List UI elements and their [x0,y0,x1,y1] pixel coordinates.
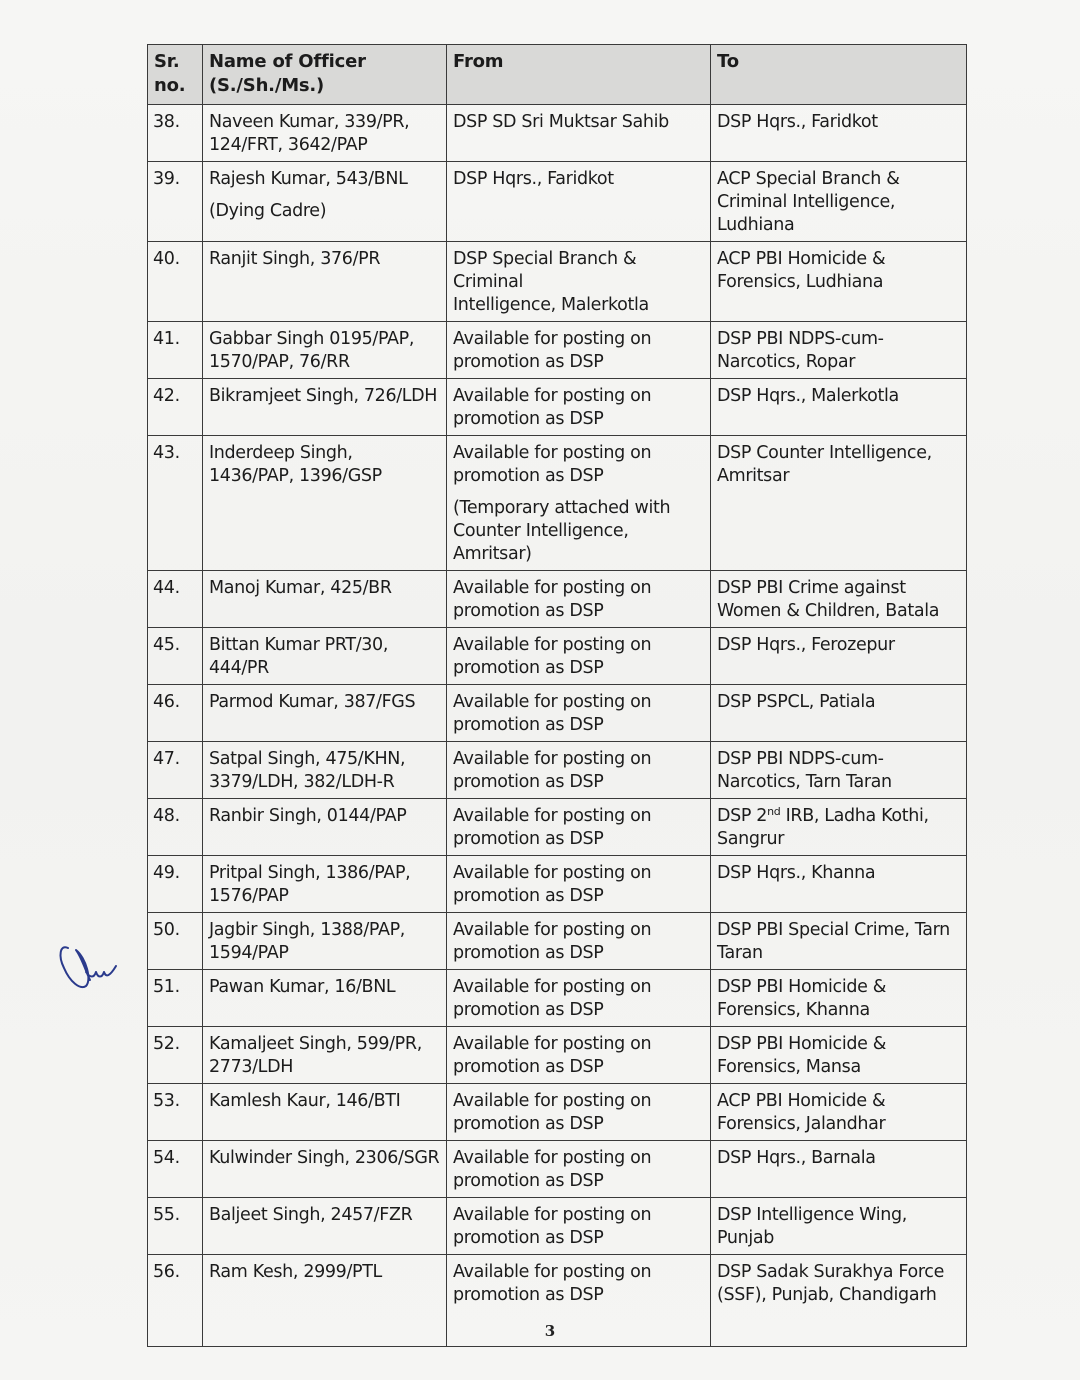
cell-sr-no: 48. [148,799,203,856]
from-note-line: Amritsar) [453,543,704,566]
officer-name-line: Ram Kesh, 2999/PTL [209,1261,440,1284]
cell-sr-no: 52. [148,1027,203,1084]
handwritten-signature-icon [56,938,126,998]
to-line: Taran [717,942,960,965]
officer-name-line: 1436/PAP, 1396/GSP [209,465,440,488]
officer-name-line: Bittan Kumar PRT/30, [209,634,440,657]
from-line: Intelligence, Malerkotla [453,294,704,317]
cell-to: DSP PBI NDPS-cum-Narcotics, Tarn Taran [711,742,967,799]
officer-name-line: Bikramjeet Singh, 726/LDH [209,385,440,408]
cell-from: Available for posting onpromotion as DSP [447,799,711,856]
cell-sr-no: 50. [148,913,203,970]
table-row: 39.Rajesh Kumar, 543/BNL(Dying Cadre)DSP… [148,162,967,242]
table-row: 47.Satpal Singh, 475/KHN,3379/LDH, 382/L… [148,742,967,799]
column-header-name-of-officer: Name of Officer (S./Sh./Ms.) [203,45,447,105]
officer-name-line: Ranjit Singh, 376/PR [209,248,440,271]
officer-name-line: 3379/LDH, 382/LDH-R [209,771,440,794]
cell-to: DSP Hqrs., Faridkot [711,105,967,162]
table-row: 53.Kamlesh Kaur, 146/BTIAvailable for po… [148,1084,967,1141]
officer-name-line: Manoj Kumar, 425/BR [209,577,440,600]
cell-to: DSP Counter Intelligence,Amritsar [711,436,967,571]
from-line: promotion as DSP [453,465,704,488]
table-row: 38.Naveen Kumar, 339/PR,124/FRT, 3642/PA… [148,105,967,162]
to-line: Forensics, Mansa [717,1056,960,1079]
from-line: promotion as DSP [453,1056,704,1079]
to-line: Women & Children, Batala [717,600,960,623]
from-line: promotion as DSP [453,408,704,431]
from-line: Available for posting on [453,1204,704,1227]
table-row: 54.Kulwinder Singh, 2306/SGRAvailable fo… [148,1141,967,1198]
from-line: DSP SD Sri Muktsar Sahib [453,111,704,134]
to-line: DSP Hqrs., Ferozepur [717,634,960,657]
cell-sr-no: 38. [148,105,203,162]
cell-to: DSP Intelligence Wing,Punjab [711,1198,967,1255]
from-line: promotion as DSP [453,885,704,908]
from-line: promotion as DSP [453,1284,704,1307]
officer-name-line: 1594/PAP [209,942,440,965]
officer-name-line: Kamaljeet Singh, 599/PR, [209,1033,440,1056]
to-line: ACP Special Branch & [717,168,960,191]
officer-name-line: 124/FRT, 3642/PAP [209,134,440,157]
cell-sr-no: 55. [148,1198,203,1255]
cell-to: DSP 2nd IRB, Ladha Kothi,Sangrur [711,799,967,856]
page-number: 3 [0,1322,1080,1340]
cell-from: Available for posting onpromotion as DSP [447,1084,711,1141]
cell-officer-name: Manoj Kumar, 425/BR [203,571,447,628]
table-row: 43.Inderdeep Singh,1436/PAP, 1396/GSPAva… [148,436,967,571]
to-line: Punjab [717,1227,960,1250]
cell-to: DSP PSPCL, Patiala [711,685,967,742]
officer-name-line: Jagbir Singh, 1388/PAP, [209,919,440,942]
to-line: DSP PBI Homicide & [717,976,960,999]
to-line: Narcotics, Tarn Taran [717,771,960,794]
table-row: 48.Ranbir Singh, 0144/PAPAvailable for p… [148,799,967,856]
officer-name-line: Parmod Kumar, 387/FGS [209,691,440,714]
cell-from: Available for posting onpromotion as DSP [447,628,711,685]
cell-sr-no: 44. [148,571,203,628]
from-line: Available for posting on [453,442,704,465]
to-line: Amritsar [717,465,960,488]
cell-to: DSP Hqrs., Khanna [711,856,967,913]
cell-officer-name: Bittan Kumar PRT/30,444/PR [203,628,447,685]
officer-name-line: Kamlesh Kaur, 146/BTI [209,1090,440,1113]
table-row: 52.Kamaljeet Singh, 599/PR,2773/LDHAvail… [148,1027,967,1084]
from-line: promotion as DSP [453,714,704,737]
to-line: DSP Hqrs., Khanna [717,862,960,885]
from-line: promotion as DSP [453,828,704,851]
cell-officer-name: Kamaljeet Singh, 599/PR,2773/LDH [203,1027,447,1084]
table-row: 55.Baljeet Singh, 2457/FZRAvailable for … [148,1198,967,1255]
officer-name-line: Inderdeep Singh, [209,442,440,465]
cell-sr-no: 47. [148,742,203,799]
from-line: Available for posting on [453,328,704,351]
cell-sr-no: 40. [148,242,203,322]
cell-officer-name: Pawan Kumar, 16/BNL [203,970,447,1027]
cell-sr-no: 45. [148,628,203,685]
cell-from: Available for posting onpromotion as DSP [447,1027,711,1084]
cell-from: Available for posting onpromotion as DSP [447,1141,711,1198]
from-line: Available for posting on [453,862,704,885]
cell-to: DSP PBI NDPS-cum-Narcotics, Ropar [711,322,967,379]
to-line: Forensics, Khanna [717,999,960,1022]
from-line: promotion as DSP [453,351,704,374]
from-line: Available for posting on [453,805,704,828]
from-line: Available for posting on [453,1090,704,1113]
officer-name-line: Kulwinder Singh, 2306/SGR [209,1147,440,1170]
officer-name-line: 1570/PAP, 76/RR [209,351,440,374]
to-line: DSP Intelligence Wing, [717,1204,960,1227]
to-line: Forensics, Ludhiana [717,271,960,294]
to-line: DSP PBI NDPS-cum- [717,748,960,771]
table-row: 42.Bikramjeet Singh, 726/LDHAvailable fo… [148,379,967,436]
from-line: Available for posting on [453,919,704,942]
to-line: DSP Counter Intelligence, [717,442,960,465]
from-line: Available for posting on [453,577,704,600]
column-header-from: From [447,45,711,105]
from-line: promotion as DSP [453,1227,704,1250]
officer-name-line: (Dying Cadre) [209,200,440,223]
cell-officer-name: Rajesh Kumar, 543/BNL(Dying Cadre) [203,162,447,242]
from-note-line: Counter Intelligence, [453,520,704,543]
cell-from: Available for posting onpromotion as DSP [447,322,711,379]
officer-name-line: Baljeet Singh, 2457/FZR [209,1204,440,1227]
cell-from: Available for posting onpromotion as DSP [447,379,711,436]
table-row: 49.Pritpal Singh, 1386/PAP,1576/PAPAvail… [148,856,967,913]
to-line: Forensics, Jalandhar [717,1113,960,1136]
cell-officer-name: Ranbir Singh, 0144/PAP [203,799,447,856]
cell-from: Available for posting onpromotion as DSP [447,571,711,628]
cell-officer-name: Inderdeep Singh,1436/PAP, 1396/GSP [203,436,447,571]
cell-to: DSP Hqrs., Ferozepur [711,628,967,685]
cell-from: Available for posting onpromotion as DSP [447,913,711,970]
table-row: 44.Manoj Kumar, 425/BRAvailable for post… [148,571,967,628]
cell-to: DSP Hqrs., Barnala [711,1141,967,1198]
cell-to: ACP Special Branch &Criminal Intelligenc… [711,162,967,242]
cell-from: Available for posting onpromotion as DSP [447,970,711,1027]
to-line: DSP Hqrs., Malerkotla [717,385,960,408]
from-line: promotion as DSP [453,1113,704,1136]
cell-to: DSP PBI Crime againstWomen & Children, B… [711,571,967,628]
officer-posting-table: Sr.no. Name of Officer (S./Sh./Ms.) From… [147,44,967,1347]
cell-sr-no: 54. [148,1141,203,1198]
cell-officer-name: Baljeet Singh, 2457/FZR [203,1198,447,1255]
from-line: Available for posting on [453,976,704,999]
to-line: Criminal Intelligence, [717,191,960,214]
cell-sr-no: 43. [148,436,203,571]
document-page: Sr.no. Name of Officer (S./Sh./Ms.) From… [0,0,1080,1380]
cell-from: Available for posting onpromotion as DSP [447,856,711,913]
cell-to: DSP PBI Special Crime, TarnTaran [711,913,967,970]
cell-officer-name: Pritpal Singh, 1386/PAP,1576/PAP [203,856,447,913]
to-line: DSP PBI NDPS-cum- [717,328,960,351]
cell-from: DSP Special Branch & CriminalIntelligenc… [447,242,711,322]
cell-officer-name: Gabbar Singh 0195/PAP,1570/PAP, 76/RR [203,322,447,379]
to-line: Narcotics, Ropar [717,351,960,374]
from-line: promotion as DSP [453,600,704,623]
from-note-line: (Temporary attached with [453,497,704,520]
cell-from: Available for posting onpromotion as DSP [447,1198,711,1255]
table-row: 45.Bittan Kumar PRT/30,444/PRAvailable f… [148,628,967,685]
cell-to: ACP PBI Homicide &Forensics, Ludhiana [711,242,967,322]
cell-to: DSP Hqrs., Malerkotla [711,379,967,436]
from-line: Available for posting on [453,1033,704,1056]
officer-name-line: Ranbir Singh, 0144/PAP [209,805,440,828]
to-line: DSP Hqrs., Faridkot [717,111,960,134]
cell-to: ACP PBI Homicide &Forensics, Jalandhar [711,1084,967,1141]
from-line: promotion as DSP [453,942,704,965]
table-row: 50.Jagbir Singh, 1388/PAP,1594/PAPAvaila… [148,913,967,970]
officer-name-line: Gabbar Singh 0195/PAP, [209,328,440,351]
from-line: Available for posting on [453,634,704,657]
from-line: Available for posting on [453,748,704,771]
officer-name-line: Satpal Singh, 475/KHN, [209,748,440,771]
table-row: 41.Gabbar Singh 0195/PAP,1570/PAP, 76/RR… [148,322,967,379]
from-line: promotion as DSP [453,999,704,1022]
officer-name-line: Pritpal Singh, 1386/PAP, [209,862,440,885]
cell-officer-name: Ranjit Singh, 376/PR [203,242,447,322]
table-row: 51.Pawan Kumar, 16/BNLAvailable for post… [148,970,967,1027]
cell-from: Available for posting onpromotion as DSP [447,685,711,742]
cell-sr-no: 41. [148,322,203,379]
table-row: 46.Parmod Kumar, 387/FGSAvailable for po… [148,685,967,742]
from-line: DSP Special Branch & Criminal [453,248,704,294]
cell-from: DSP SD Sri Muktsar Sahib [447,105,711,162]
officer-name-line: 2773/LDH [209,1056,440,1079]
to-line: ACP PBI Homicide & [717,1090,960,1113]
to-line: DSP PBI Crime against [717,577,960,600]
officer-name-line: Rajesh Kumar, 543/BNL [209,168,440,191]
cell-officer-name: Naveen Kumar, 339/PR,124/FRT, 3642/PAP [203,105,447,162]
to-line: (SSF), Punjab, Chandigarh [717,1284,960,1307]
from-line: promotion as DSP [453,1170,704,1193]
cell-officer-name: Satpal Singh, 475/KHN,3379/LDH, 382/LDH-… [203,742,447,799]
from-line: Available for posting on [453,1147,704,1170]
cell-officer-name: Kulwinder Singh, 2306/SGR [203,1141,447,1198]
officer-name-line: Pawan Kumar, 16/BNL [209,976,440,999]
to-line: DSP PBI Homicide & [717,1033,960,1056]
to-line: Ludhiana [717,214,960,237]
to-line: DSP Sadak Surakhya Force [717,1261,960,1284]
from-line: promotion as DSP [453,771,704,794]
table-header-row: Sr.no. Name of Officer (S./Sh./Ms.) From… [148,45,967,105]
officer-name-line: 1576/PAP [209,885,440,908]
to-line: DSP PBI Special Crime, Tarn [717,919,960,942]
cell-to: DSP PBI Homicide &Forensics, Mansa [711,1027,967,1084]
cell-officer-name: Bikramjeet Singh, 726/LDH [203,379,447,436]
from-line: DSP Hqrs., Faridkot [453,168,704,191]
officer-name-line: 444/PR [209,657,440,680]
officer-name-line: Naveen Kumar, 339/PR, [209,111,440,134]
from-line: promotion as DSP [453,657,704,680]
from-line: Available for posting on [453,691,704,714]
cell-sr-no: 42. [148,379,203,436]
cell-officer-name: Parmod Kumar, 387/FGS [203,685,447,742]
cell-officer-name: Kamlesh Kaur, 146/BTI [203,1084,447,1141]
to-line: Sangrur [717,828,960,851]
to-line: ACP PBI Homicide & [717,248,960,271]
table-row: 40.Ranjit Singh, 376/PRDSP Special Branc… [148,242,967,322]
column-header-sr-no: Sr.no. [148,45,203,105]
to-line: DSP Hqrs., Barnala [717,1147,960,1170]
cell-sr-no: 46. [148,685,203,742]
cell-from: DSP Hqrs., Faridkot [447,162,711,242]
to-line: DSP PSPCL, Patiala [717,691,960,714]
cell-to: DSP PBI Homicide &Forensics, Khanna [711,970,967,1027]
from-line: Available for posting on [453,1261,704,1284]
cell-from: Available for posting onpromotion as DSP… [447,436,711,571]
cell-sr-no: 53. [148,1084,203,1141]
cell-sr-no: 51. [148,970,203,1027]
from-line: Available for posting on [453,385,704,408]
column-header-to: To [711,45,967,105]
cell-sr-no: 49. [148,856,203,913]
cell-sr-no: 39. [148,162,203,242]
cell-officer-name: Jagbir Singh, 1388/PAP,1594/PAP [203,913,447,970]
to-line: DSP 2nd IRB, Ladha Kothi, [717,805,960,828]
cell-from: Available for posting onpromotion as DSP [447,742,711,799]
